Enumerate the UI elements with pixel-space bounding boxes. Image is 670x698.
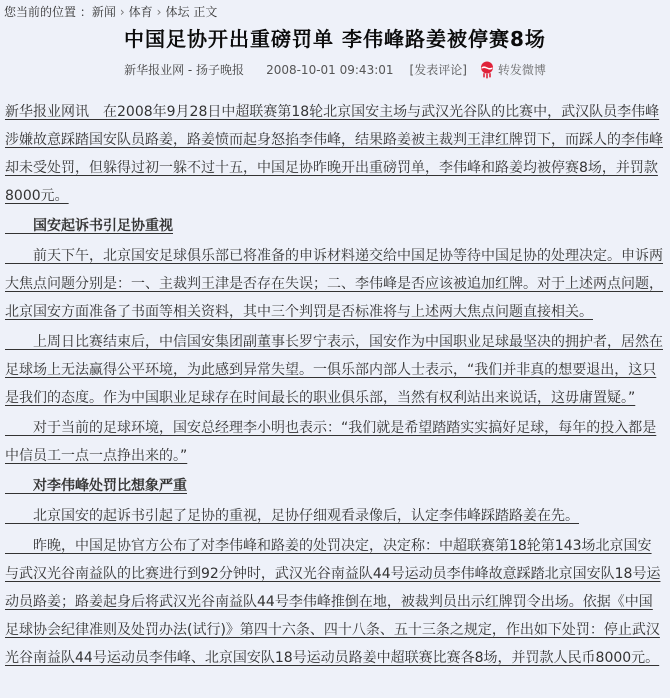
breadcrumb-label: 您当前的位置 ： xyxy=(4,5,92,19)
page-title: 中国足协开出重磅罚单 李伟峰路姜被停赛8场 xyxy=(0,26,670,53)
article-paragraph: 昨晚，中国足协官方公布了对李伟峰和路姜的处罚决定，决定称：中超联赛第18轮第14… xyxy=(5,532,665,672)
breadcrumb-separator: › xyxy=(120,5,125,19)
article-paragraph: 新华报业网讯 在2008年9月28日中超联赛第18轮北京国安主场与武汉光谷队的比… xyxy=(5,98,665,210)
weibo-mascot-icon xyxy=(479,61,498,79)
section-heading: 对李伟峰处罚比想象严重 xyxy=(5,472,665,500)
share-weibo-link[interactable]: 转发微博 xyxy=(479,61,546,79)
article-body: 新华报业网讯 在2008年9月28日中超联赛第18轮北京国安主场与武汉光谷队的比… xyxy=(0,79,670,672)
breadcrumb-separator: › xyxy=(157,5,162,19)
breadcrumb-link-forum[interactable]: 体坛 xyxy=(165,5,189,19)
share-weibo-label: 转发微博 xyxy=(498,61,546,79)
article-datetime: 2008-10-01 09:43:01 xyxy=(266,61,393,79)
section-heading: 国安起诉书引足协重视 xyxy=(5,212,665,240)
post-comment-link[interactable]: [发表评论] xyxy=(410,61,467,79)
breadcrumb: 您当前的位置 ：新闻›体育›体坛 正文 xyxy=(0,0,670,21)
article-meta: 新华报业网 - 扬子晚报 2008-10-01 09:43:01 [发表评论] … xyxy=(0,61,670,79)
breadcrumb-current: 正文 xyxy=(193,5,217,19)
breadcrumb-link-sports[interactable]: 体育 xyxy=(129,5,153,19)
article-source: 新华报业网 - 扬子晚报 xyxy=(124,61,244,79)
article-paragraph: 前天下午，北京国安足球俱乐部已将准备的申诉材料递交给中国足协等待中国足协的处理决… xyxy=(5,242,665,326)
article-paragraph: 上周日比赛结束后，中信国安集团副董事长罗宁表示，国安作为中国职业足球最坚决的拥护… xyxy=(5,328,665,412)
news-article-page: { "breadcrumb": { "label": "您当前的位置 ：", "… xyxy=(0,0,670,698)
article-paragraph: 对于当前的足球环境，国安总经理李小明也表示：“我们就是希望踏踏实实搞好足球，每年… xyxy=(5,414,665,470)
article-paragraph: 北京国安的起诉书引起了足协的重视，足协仔细观看录像后，认定李伟峰踩踏路姜在先。 xyxy=(5,502,665,530)
breadcrumb-link-news[interactable]: 新闻 xyxy=(92,5,116,19)
